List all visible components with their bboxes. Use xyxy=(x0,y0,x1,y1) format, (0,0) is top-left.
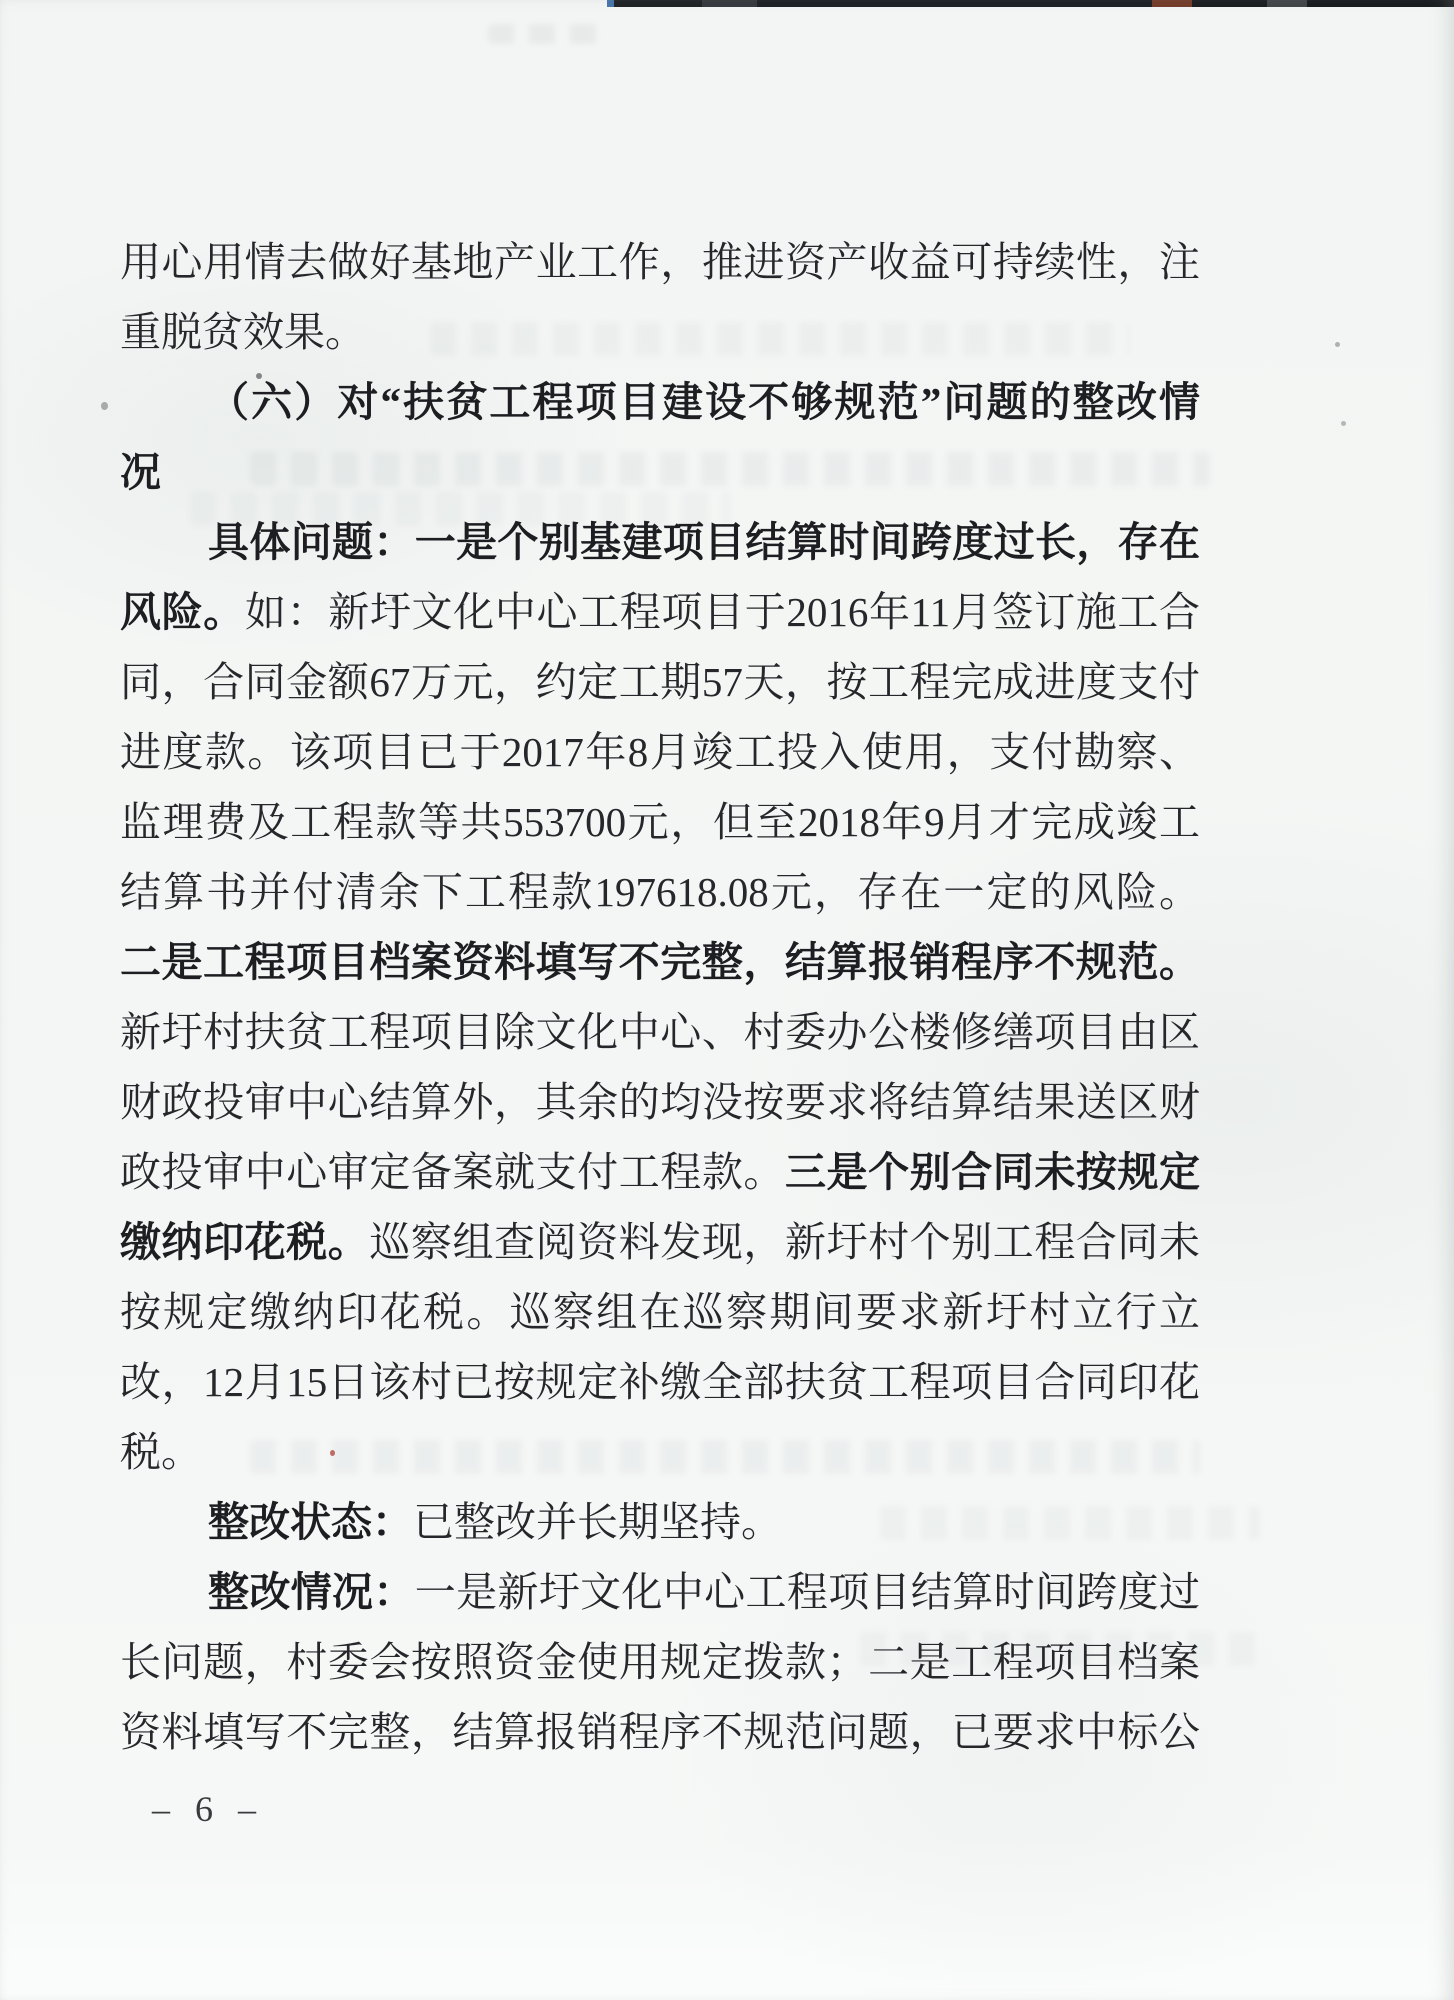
text-segment: 改，12月15日该村已按规定补缴全部扶贫工程项目合同印花 xyxy=(120,1359,1200,1405)
text-line: 况 xyxy=(120,437,1200,507)
text-line: 监理费及工程款等共553700元，但至2018年9月才完成竣工 xyxy=(120,787,1200,857)
bold-text-segment: 况 xyxy=(120,449,161,495)
bold-text-segment: （六）对“扶贫工程项目建设不够规范”问题的整改情 xyxy=(208,379,1200,425)
text-segment: 巡察组查阅资料发现，新圩村个别工程合同未 xyxy=(369,1219,1200,1265)
text-line: 税。 xyxy=(120,1417,1200,1487)
text-line: 用心用情去做好基地产业工作，推进资产收益可持续性，注 xyxy=(120,227,1200,297)
bold-text-segment: 整改状态： xyxy=(208,1499,413,1545)
text-line: 进度款。该项目已于2017年8月竣工投入使用，支付勘察、 xyxy=(120,717,1200,787)
text-segment: 按规定缴纳印花税。巡察组在巡察期间要求新圩村立行立 xyxy=(120,1289,1200,1335)
text-segment: 资料填写不完整，结算报销程序不规范问题，已要求中标公 xyxy=(120,1709,1200,1755)
bold-text-segment: 缴纳印花税。 xyxy=(120,1219,369,1265)
text-line: 重脱贫效果。 xyxy=(120,297,1200,367)
text-segment: 已整改并长期坚持。 xyxy=(413,1499,782,1545)
text-segment: 税。 xyxy=(120,1429,202,1475)
text-line: 风险。如：新圩文化中心工程项目于2016年11月签订施工合 xyxy=(120,577,1200,647)
bleed-through-ghost xyxy=(488,24,598,44)
bold-text-segment: 整改情况： xyxy=(208,1569,415,1615)
text-segment: 如：新圩文化中心工程项目于2016年11月签订施工合 xyxy=(245,589,1200,635)
scanner-edge-artifact xyxy=(607,0,1454,7)
text-line: 结算书并付清余下工程款197618.08元，存在一定的风险。 xyxy=(120,857,1200,927)
text-segment: 监理费及工程款等共553700元，但至2018年9月才完成竣工 xyxy=(120,799,1200,845)
ink-speck xyxy=(101,402,108,410)
text-line: 长问题，村委会按照资金使用规定拨款；二是工程项目档案 xyxy=(120,1627,1200,1697)
page-number: – 6 – xyxy=(152,1788,264,1830)
text-line: （六）对“扶贫工程项目建设不够规范”问题的整改情 xyxy=(120,367,1200,437)
text-line: 整改状态：已整改并长期坚持。 xyxy=(120,1487,1200,1557)
text-line: 改，12月15日该村已按规定补缴全部扶贫工程项目合同印花 xyxy=(120,1347,1200,1417)
text-line: 政投审中心审定备案就支付工程款。三是个别合同未按规定 xyxy=(120,1137,1200,1207)
bold-text-segment: 具体问题：一是个别基建项目结算时间跨度过长，存在 xyxy=(208,519,1200,565)
ink-speck xyxy=(1335,342,1340,347)
bold-text-segment: 二是工程项目档案资料填写不完整，结算报销程序不规范。 xyxy=(120,939,1200,985)
text-segment: 结算书并付清余下工程款197618.08元，存在一定的风险。 xyxy=(120,869,1200,915)
text-segment: 财政投审中心结算外，其余的均没按要求将结算结果送区财 xyxy=(120,1079,1200,1125)
ink-speck xyxy=(1341,421,1346,426)
text-line: 缴纳印花税。巡察组查阅资料发现，新圩村个别工程合同未 xyxy=(120,1207,1200,1277)
text-line: 同，合同金额67万元，约定工期57天，按工程完成进度支付 xyxy=(120,647,1200,717)
bold-text-segment: 三是个别合同未按规定 xyxy=(785,1149,1200,1195)
text-segment: 重脱贫效果。 xyxy=(120,309,366,355)
text-segment: 用心用情去做好基地产业工作，推进资产收益可持续性，注 xyxy=(120,239,1200,285)
bold-text-segment: 风险。 xyxy=(120,589,245,635)
scanned-document-page: 用心用情去做好基地产业工作，推进资产收益可持续性，注重脱贫效果。（六）对“扶贫工… xyxy=(0,0,1454,2000)
text-line: 具体问题：一是个别基建项目结算时间跨度过长，存在 xyxy=(120,507,1200,577)
text-segment: 一是新圩文化中心工程项目结算时间跨度过 xyxy=(415,1569,1200,1615)
text-line: 整改情况：一是新圩文化中心工程项目结算时间跨度过 xyxy=(120,1557,1200,1627)
text-segment: 进度款。该项目已于2017年8月竣工投入使用，支付勘察、 xyxy=(120,729,1200,775)
text-segment: 长问题，村委会按照资金使用规定拨款；二是工程项目档案 xyxy=(120,1639,1200,1685)
text-line: 新圩村扶贫工程项目除文化中心、村委办公楼修缮项目由区 xyxy=(120,997,1200,1067)
text-segment: 政投审中心审定备案就支付工程款。 xyxy=(120,1149,785,1195)
text-block: 用心用情去做好基地产业工作，推进资产收益可持续性，注重脱贫效果。（六）对“扶贫工… xyxy=(120,227,1200,1767)
text-line: 二是工程项目档案资料填写不完整，结算报销程序不规范。 xyxy=(120,927,1200,997)
text-segment: 同，合同金额67万元，约定工期57天，按工程完成进度支付 xyxy=(120,659,1200,705)
text-segment: 新圩村扶贫工程项目除文化中心、村委办公楼修缮项目由区 xyxy=(120,1009,1200,1055)
text-line: 财政投审中心结算外，其余的均没按要求将结算结果送区财 xyxy=(120,1067,1200,1137)
text-line: 按规定缴纳印花税。巡察组在巡察期间要求新圩村立行立 xyxy=(120,1277,1200,1347)
text-line: 资料填写不完整，结算报销程序不规范问题，已要求中标公 xyxy=(120,1697,1200,1767)
